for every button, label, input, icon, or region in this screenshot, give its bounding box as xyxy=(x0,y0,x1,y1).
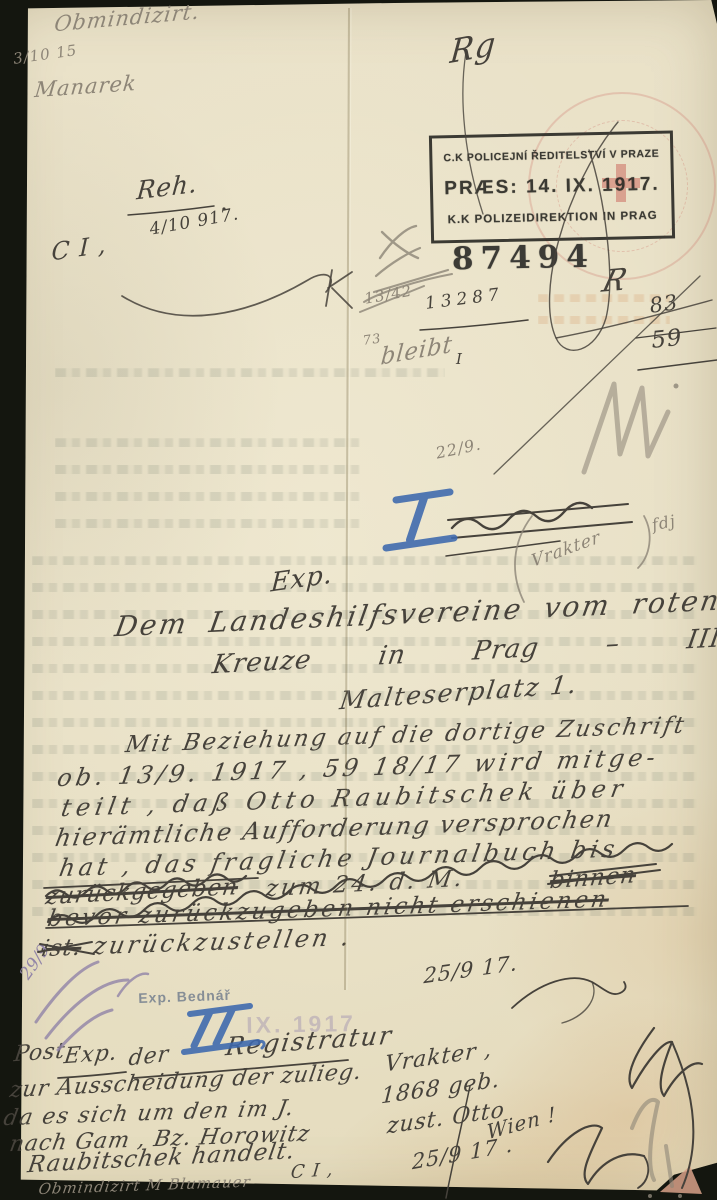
ink-number-59: 59 xyxy=(650,325,684,354)
bleedthrough-text-block xyxy=(55,438,365,538)
stamped-file-number: 87494 xyxy=(452,239,595,277)
stamp-line-czech: C.K POLICEJNÍ ŘEDITELSTVÍ V PRAZE xyxy=(443,148,659,165)
bleedthrough-text-block xyxy=(55,368,445,386)
footer-word: Exp. xyxy=(62,1040,119,1069)
ink-roman-one: I xyxy=(456,350,463,368)
ink-number-83: 83 xyxy=(648,290,680,318)
footer-word: der xyxy=(127,1042,170,1072)
bednar-name-stamp: Exp. Bednář xyxy=(138,987,231,1006)
scanned-archival-document: C.K POLICEJNÍ ŘEDITELSTVÍ V PRAZE PRÆS: … xyxy=(0,0,717,1200)
footer-ci: C I , xyxy=(290,1159,335,1183)
stamp-line-german: K.K POLIZEIDIREKTION IN PRAG xyxy=(447,210,657,226)
stamp-date-line: PRÆS: 14. IX. 1917. xyxy=(444,174,660,201)
police-direction-stamp: C.K POLICEJNÍ ŘEDITELSTVÍ V PRAZE PRÆS: … xyxy=(429,130,675,243)
footer-word: Post xyxy=(12,1038,67,1067)
pencil-number-73: 73 xyxy=(362,331,382,348)
